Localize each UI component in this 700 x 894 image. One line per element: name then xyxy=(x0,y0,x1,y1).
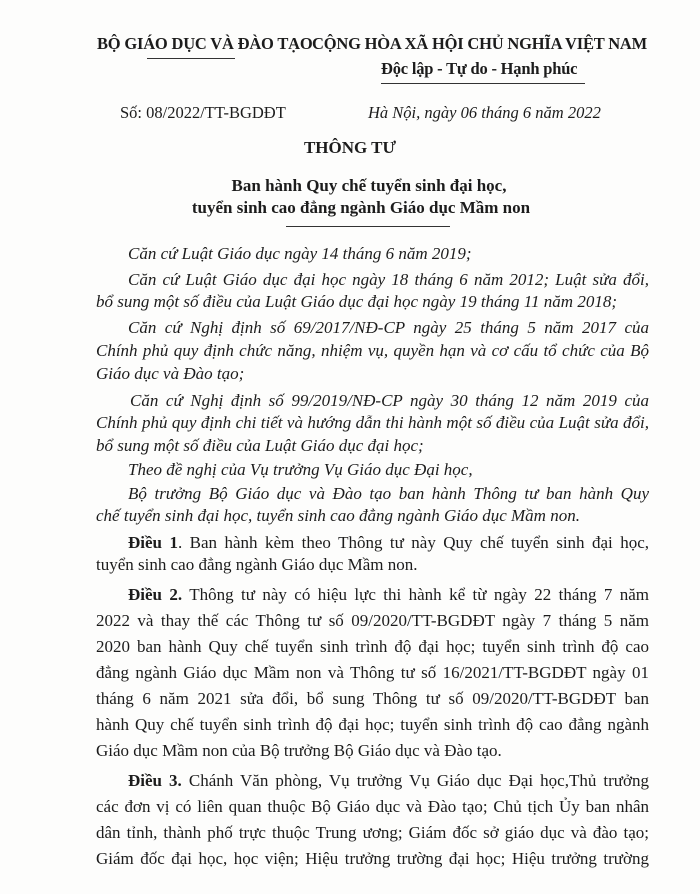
preamble-line: Theo đề nghị của Vụ trưởng Vụ Giáo dục Đ… xyxy=(128,460,649,480)
preamble-line: chế tuyển sinh đại học, tuyển sinh cao đ… xyxy=(96,506,649,526)
nation-heading: CỘNG HÒA XÃ HỘI CHỦ NGHĨA VIỆT NAM xyxy=(312,34,647,54)
article-label: Điều 1 xyxy=(128,533,178,552)
place-and-date: Hà Nội, ngày 06 tháng 6 năm 2022 xyxy=(368,103,601,123)
article-line: Giáo dục Mầm non của Bộ trưởng Bộ Giáo d… xyxy=(96,741,649,761)
preamble-line: bổ sung một số điều của Luật Giáo dục đạ… xyxy=(96,436,649,456)
national-motto: Độc lập - Tự do - Hạnh phúc xyxy=(381,59,577,79)
motto-underline xyxy=(381,83,585,84)
preamble-line: Chính phủ quy định chi tiết và hướng dẫn… xyxy=(96,413,649,433)
preamble-line: Căn cứ Luật Giáo dục ngày 14 tháng 6 năm… xyxy=(128,244,649,264)
article-line: đẳng ngành Giáo dục Mầm non và Thông tư … xyxy=(96,663,649,683)
article-line: Điều 3. Chánh Văn phòng, Vụ trưởng Vụ Gi… xyxy=(128,771,649,791)
document-subject-line1: Ban hành Quy chế tuyển sinh đại học, xyxy=(0,176,700,196)
preamble-line: Căn cứ Nghị định số 99/2019/NĐ-CP ngày 3… xyxy=(130,391,649,411)
preamble-line: Bộ trưởng Bộ Giáo dục và Đào tạo ban hàn… xyxy=(128,484,649,504)
article-line: dân tỉnh, thành phố trực thuộc Trung ươn… xyxy=(96,823,649,843)
preamble-line: Giáo dục và Đào tạo; xyxy=(96,364,649,384)
article-label: Điều 3. xyxy=(128,771,182,790)
article-line: Điều 2. Thông tư này có hiệu lực thi hàn… xyxy=(128,585,649,605)
article-line: các đơn vị có liên quan thuộc Bộ Giáo dụ… xyxy=(96,797,649,817)
agency-underline xyxy=(147,58,235,59)
article-label: Điều 2. xyxy=(128,585,182,604)
article-line: hành Quy chế tuyển sinh trình độ đại học… xyxy=(96,715,649,735)
document-number: Số: 08/2022/TT-BGDĐT xyxy=(120,103,286,123)
preamble-line: bổ sung một số điều của Luật Giáo dục đạ… xyxy=(96,292,649,312)
article-line: tuyển sinh cao đẳng ngành Giáo dục Mầm n… xyxy=(96,555,649,575)
article-line: 2022 và thay thế các Thông tư số 09/2020… xyxy=(96,611,649,631)
title-underline xyxy=(286,226,450,227)
preamble-line: Chính phủ quy định chức năng, nhiệm vụ, … xyxy=(96,341,649,361)
preamble-line: Căn cứ Nghị định số 69/2017/NĐ-CP ngày 2… xyxy=(128,318,649,338)
article-line: tháng 6 năm 2021 sửa đổi, bổ sung Thông … xyxy=(96,689,649,709)
article-line: Điều 1. Ban hành kèm theo Thông tư này Q… xyxy=(128,533,649,553)
document-subject-line2: tuyển sinh cao đẳng ngành Giáo dục Mầm n… xyxy=(0,198,700,218)
document-type: THÔNG TƯ xyxy=(0,138,700,158)
issuing-agency: BỘ GIÁO DỤC VÀ ĐÀO TẠO xyxy=(97,34,312,54)
article-line: 2020 ban hành Quy chế tuyển sinh trình đ… xyxy=(96,637,649,657)
article-line: Giám đốc đại học, học viện; Hiệu trưởng … xyxy=(96,849,649,869)
preamble-line: Căn cứ Luật Giáo dục đại học ngày 18 thá… xyxy=(128,270,649,290)
